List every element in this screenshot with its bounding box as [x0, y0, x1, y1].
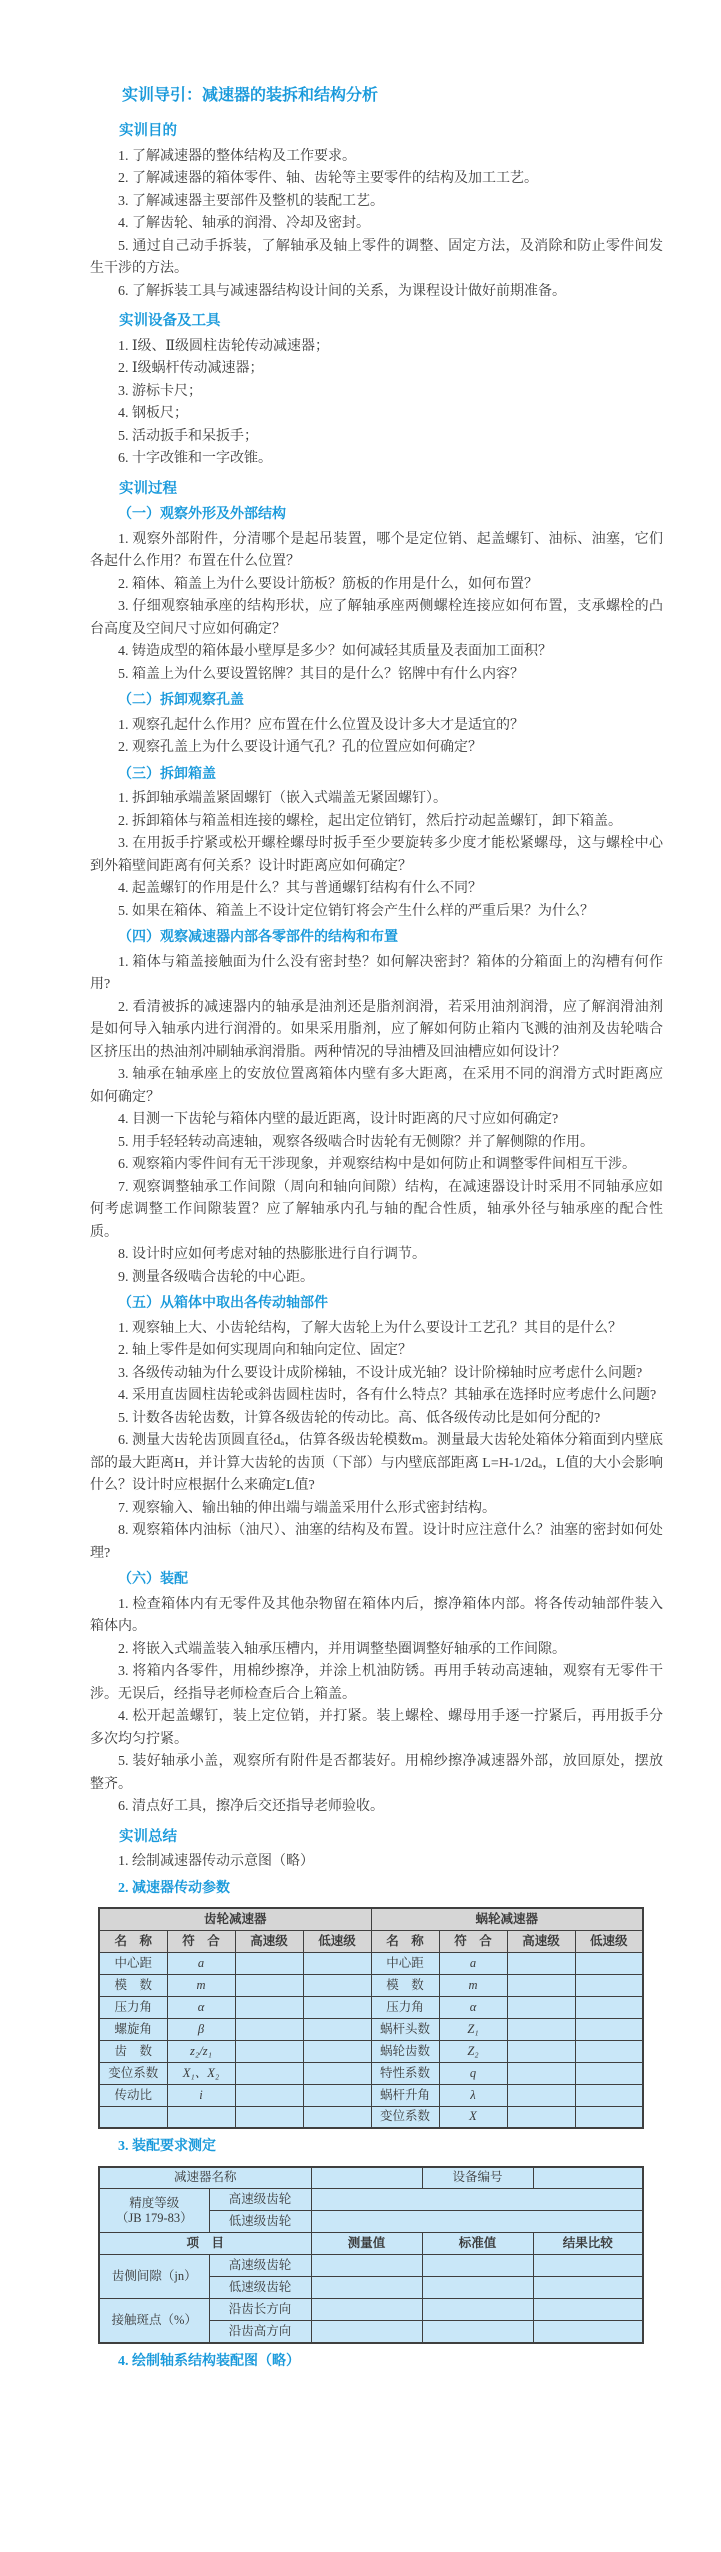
table-cell-empty	[575, 2062, 643, 2084]
paragraph: 6. 清点好工具，擦净后交还指导老师验收。	[90, 1796, 663, 1819]
table-cell: 蜗轮减速器	[371, 1908, 643, 1930]
table-cell: 减速器名称	[99, 2167, 311, 2189]
table-cell: 传动比	[99, 2084, 167, 2106]
paragraph: 2. 了解减速器的箱体零件、轴、齿轮等主要零件的结构及加工工艺。	[90, 168, 663, 191]
paragraph: 6. 测量大齿轮齿顶圆直径dₐ，估算各级齿轮模数m。测量最大齿轮处箱体分箱面到内…	[90, 1430, 663, 1498]
table-cell-empty	[575, 2084, 643, 2106]
table-cell: 项 目	[99, 2233, 311, 2255]
table-cell-empty	[303, 2018, 371, 2040]
table-cell-empty	[311, 2299, 422, 2321]
table-cell: i	[167, 2084, 235, 2106]
paragraph: 5. 通过自己动手拆装，了解轴承及轴上零件的调整、固定方法，及消除和防止零件间发…	[90, 236, 663, 281]
table-cell-empty	[507, 2018, 575, 2040]
table-cell-empty	[311, 2189, 643, 2211]
table-cell: 中心距	[99, 1952, 167, 1974]
paragraph: 1. 观察轴上大、小齿轮结构，了解大齿轮上为什么要设计工艺孔？其目的是什么？	[90, 1318, 663, 1341]
paragraph: 3. 将箱内各零件，用棉纱擦净，并涂上机油防锈。再用手转动高速轴，观察有无零件干…	[90, 1661, 663, 1706]
table-cell: 低速级齿轮	[209, 2211, 311, 2233]
paragraph: 3. 了解减速器主要部件及整机的装配工艺。	[90, 191, 663, 214]
paragraph: 2. 观察孔盖上为什么要设计通气孔？孔的位置应如何确定？	[90, 737, 663, 760]
paragraph: 3. 游标卡尺；	[90, 381, 663, 404]
table-cell: 高速级	[235, 1930, 303, 1952]
table-cell: α	[167, 1996, 235, 2018]
table-row: 变位系数X₁、X₂特性系数q	[99, 2062, 643, 2084]
process-subheading: （五）从箱体中取出各传动轴部件	[90, 1293, 663, 1316]
table-row: 压力角α压力角α	[99, 1996, 643, 2018]
table-cell: m	[439, 1974, 507, 1996]
table-cell: 名 称	[99, 1930, 167, 1952]
process-subheading: （二）拆卸观察孔盖	[90, 690, 663, 713]
paragraph: 1. 绘制减速器传动示意图（略）	[90, 1851, 663, 1874]
table-cell-empty	[235, 2084, 303, 2106]
table-cell-empty	[311, 2277, 422, 2299]
table-row: 螺旋角β蜗杆头数Z₁	[99, 2018, 643, 2040]
table-row: 减速器名称设备编号	[99, 2167, 643, 2189]
table-cell-empty	[422, 2255, 533, 2277]
document-content: 实训目的1. 了解减速器的整体结构及工作要求。2. 了解减速器的箱体零件、轴、齿…	[90, 120, 663, 2373]
paragraph: 4. 起盖螺钉的作用是什么？其与普通螺钉结构有什么不同？	[90, 878, 663, 901]
paragraph: 2. 拆卸箱体与箱盖相连接的螺栓，起出定位销钉，然后拧动起盖螺钉，卸下箱盖。	[90, 811, 663, 834]
paragraph: 3. 各级传动轴为什么要设计成阶梯轴，不设计成光轴？设计阶梯轴时应考虑什么问题?	[90, 1363, 663, 1386]
table-cell-empty	[422, 2277, 533, 2299]
table-cell: 接触斑点（%）	[99, 2299, 209, 2343]
paragraph: 7. 观察输入、输出轴的伸出端与端盖采用什么形式密封结构。	[90, 1498, 663, 1521]
table-row: 传动比i蜗杆升角λ	[99, 2084, 643, 2106]
table-cell: β	[167, 2018, 235, 2040]
paragraph: 4. 采用直齿圆柱齿轮或斜齿圆柱齿时，各有什么特点？其轴承在选择时应考虑什么问题…	[90, 1385, 663, 1408]
table-cell: 低速级	[575, 1930, 643, 1952]
transmission-params-table: 齿轮减速器蜗轮减速器名 称符 合高速级低速级名 称符 合高速级低速级中心距a中心…	[98, 1907, 644, 2129]
table-cell: a	[167, 1952, 235, 1974]
table-cell-empty	[303, 2062, 371, 2084]
process-subheading: （四）观察减速器内部各零部件的结构和布置	[90, 927, 663, 950]
paragraph: 2. 箱体、箱盖上为什么要设计筋板？筋板的作用是什么，如何布置？	[90, 574, 663, 597]
table-cell-empty	[235, 1996, 303, 2018]
paragraph: 2. 看清被拆的减速器内的轴承是油剂还是脂剂润滑，若采用油剂润滑，应了解润滑油剂…	[90, 997, 663, 1065]
paragraph: 1. 拆卸轴承端盖紧固螺钉（嵌入式端盖无紧固螺钉）。	[90, 788, 663, 811]
table-cell-empty	[235, 2062, 303, 2084]
table-cell: 符 合	[167, 1930, 235, 1952]
section-heading: 实训过程	[90, 478, 663, 501]
table-cell-empty	[533, 2321, 643, 2343]
table-cell: 高速级齿轮	[209, 2255, 311, 2277]
table-cell: 结果比较	[533, 2233, 643, 2255]
table-cell-empty	[311, 2255, 422, 2277]
paragraph: 4. 钢板尺；	[90, 403, 663, 426]
table-cell-empty	[422, 2299, 533, 2321]
table-cell: Z₂	[439, 2040, 507, 2062]
table-cell: 齿侧间隙（jn）	[99, 2255, 209, 2299]
table-cell-empty	[507, 2062, 575, 2084]
table-row: 精度等级 （JB 179-83）高速级齿轮	[99, 2189, 643, 2211]
table-cell: 齿 数	[99, 2040, 167, 2062]
table-cell-empty	[575, 1974, 643, 1996]
process-subheading: （一）观察外形及外部结构	[90, 504, 663, 527]
table-cell-empty	[311, 2167, 422, 2189]
table-row: 模 数m模 数m	[99, 1974, 643, 1996]
paragraph: 4. 松开起盖螺钉，装上定位销，并打紧。装上螺栓、螺母用手逐一拧紧后，再用扳手分…	[90, 1706, 663, 1751]
table-cell-empty	[575, 2040, 643, 2062]
table-cell-empty	[235, 1974, 303, 1996]
table-cell: 高速级齿轮	[209, 2189, 311, 2211]
table-cell-empty	[575, 1952, 643, 1974]
table-cell: 标准值	[422, 2233, 533, 2255]
paragraph: 2. 轴上零件是如何实现周向和轴向定位、固定？	[90, 1340, 663, 1363]
paragraph: 8. 观察箱体内油标（油尺）、油塞的结构及布置。设计时应注意什么？油塞的密封如何…	[90, 1520, 663, 1565]
table-cell: λ	[439, 2084, 507, 2106]
table-cell: 齿轮减速器	[99, 1908, 371, 1930]
table-cell: 测量值	[311, 2233, 422, 2255]
paragraph: 6. 十字改锥和一字改锥。	[90, 448, 663, 471]
table-cell: 蜗杆升角	[371, 2084, 439, 2106]
paragraph: 4. 了解齿轮、轴承的润滑、冷却及密封。	[90, 213, 663, 236]
table-cell: 低速级齿轮	[209, 2277, 311, 2299]
table-row: 齿 数z₂/z₁蜗轮齿数Z₂	[99, 2040, 643, 2062]
table-cell-empty	[507, 2106, 575, 2128]
paragraph: 1. 了解减速器的整体结构及工作要求。	[90, 146, 663, 169]
table-cell: 压力角	[99, 1996, 167, 2018]
table-cell-empty	[507, 1996, 575, 2018]
section-heading: 实训目的	[90, 120, 663, 143]
process-subheading: （三）拆卸箱盖	[90, 764, 663, 787]
paragraph: 1. 观察外部附件，分清哪个是起吊装置，哪个是定位销、起盖螺钉、油标、油塞，它们…	[90, 529, 663, 574]
table-cell: 名 称	[371, 1930, 439, 1952]
paragraph: 5. 活动扳手和呆扳手；	[90, 426, 663, 449]
paragraph: 5. 如果在箱体、箱盖上不设计定位销钉将会产生什么样的严重后果？为什么？	[90, 901, 663, 924]
table-cell-empty	[575, 2018, 643, 2040]
numbered-subheading: 4. 绘制轴系结构装配图（略）	[90, 2351, 663, 2374]
table-cell-empty	[533, 2167, 643, 2189]
table-cell: 变位系数	[371, 2106, 439, 2128]
table-cell: a	[439, 1952, 507, 1974]
table-cell: 符 合	[439, 1930, 507, 1952]
table-cell-empty	[507, 2084, 575, 2106]
table-cell-empty	[303, 1974, 371, 1996]
table-cell: 精度等级 （JB 179-83）	[99, 2189, 209, 2233]
table-cell: 螺旋角	[99, 2018, 167, 2040]
table-cell-empty	[533, 2255, 643, 2277]
table-cell: q	[439, 2062, 507, 2084]
table-cell-empty	[507, 2040, 575, 2062]
table-cell: 中心距	[371, 1952, 439, 1974]
paragraph: 2. 将嵌入式端盖装入轴承压槽内，并用调整垫圈调整好轴承的工作间隙。	[90, 1639, 663, 1662]
table-cell-empty	[235, 2018, 303, 2040]
table-cell: X	[439, 2106, 507, 2128]
paragraph: 5. 用手轻轻转动高速轴，观察各级啮合时齿轮有无侧隙？并了解侧隙的作用。	[90, 1132, 663, 1155]
table-cell-empty	[533, 2277, 643, 2299]
page-title: 实训导引：减速器的装拆和结构分析	[90, 84, 663, 108]
paragraph: 7. 观察调整轴承工作间隙（周向和轴向间隙）结构，在减速器设计时采用不同轴承应如…	[90, 1177, 663, 1245]
paragraph: 1. 观察孔起什么作用？应布置在什么位置及设计多大才是适宜的？	[90, 715, 663, 738]
table-row: 名 称符 合高速级低速级名 称符 合高速级低速级	[99, 1930, 643, 1952]
table-cell-empty	[167, 2106, 235, 2128]
table-cell-empty	[303, 1996, 371, 2018]
table-cell-empty	[303, 1952, 371, 1974]
table-cell-empty	[575, 1996, 643, 2018]
table-cell: 沿齿长方向	[209, 2299, 311, 2321]
table-cell-empty	[235, 2106, 303, 2128]
table-cell-empty	[422, 2321, 533, 2343]
table-cell: 高速级	[507, 1930, 575, 1952]
table-cell-empty	[303, 2040, 371, 2062]
table-row: 齿侧间隙（jn）高速级齿轮	[99, 2255, 643, 2277]
table-cell: m	[167, 1974, 235, 1996]
table-cell: α	[439, 1996, 507, 2018]
section-heading: 实训总结	[90, 1826, 663, 1849]
table-row: 齿轮减速器蜗轮减速器	[99, 1908, 643, 1930]
table-cell-empty	[99, 2106, 167, 2128]
paragraph: 3. 轴承在轴承座上的安放位置离箱体内壁有多大距离，在采用不同的润滑方式时距离应…	[90, 1064, 663, 1109]
paragraph: 2. Ⅰ级蜗杆传动减速器；	[90, 358, 663, 381]
table-row: 项 目测量值标准值结果比较	[99, 2233, 643, 2255]
paragraph: 1. 箱体与箱盖接触面为什么没有密封垫？如何解决密封？箱体的分箱面上的沟槽有何作…	[90, 952, 663, 997]
paragraph: 5. 装好轴承小盖，观察所有附件是否都装好。用棉纱擦净减速器外部，放回原处，摆放…	[90, 1751, 663, 1796]
table-cell-empty	[235, 2040, 303, 2062]
paragraph: 3. 在用扳手拧紧或松开螺栓螺母时扳手至少要旋转多少度才能松紧螺母，这与螺栓中心…	[90, 833, 663, 878]
numbered-subheading: 3. 装配要求测定	[90, 2136, 663, 2159]
paragraph: 5. 箱盖上为什么要设置铭牌？其目的是什么？铭牌中有什么内容？	[90, 664, 663, 687]
table-cell: X₁、X₂	[167, 2062, 235, 2084]
table-cell-empty	[303, 2106, 371, 2128]
document-page: 实训导引：减速器的装拆和结构分析 实训目的1. 了解减速器的整体结构及工作要求。…	[0, 0, 721, 2373]
paragraph: 3. 仔细观察轴承座的结构形状，应了解轴承座两侧螺栓连接应如何布置，支承螺栓的凸…	[90, 596, 663, 641]
table-cell: z₂/z₁	[167, 2040, 235, 2062]
table-cell: 特性系数	[371, 2062, 439, 2084]
table-cell: 蜗轮齿数	[371, 2040, 439, 2062]
table-row: 中心距a中心距a	[99, 1952, 643, 1974]
paragraph: 6. 了解拆装工具与减速器结构设计间的关系，为课程设计做好前期准备。	[90, 281, 663, 304]
table-cell: 蜗杆头数	[371, 2018, 439, 2040]
numbered-subheading: 2. 减速器传动参数	[90, 1878, 663, 1901]
table-row: 变位系数X	[99, 2106, 643, 2128]
table-cell: 模 数	[99, 1974, 167, 1996]
table-cell: 压力角	[371, 1996, 439, 2018]
table-cell-empty	[235, 1952, 303, 1974]
paragraph: 9. 测量各级啮合齿轮的中心距。	[90, 1267, 663, 1290]
table-cell: 低速级	[303, 1930, 371, 1952]
table-cell-empty	[303, 2084, 371, 2106]
table-cell-empty	[575, 2106, 643, 2128]
table-row: 接触斑点（%）沿齿长方向	[99, 2299, 643, 2321]
table-cell-empty	[311, 2321, 422, 2343]
paragraph: 4. 铸造成型的箱体最小壁厚是多少？如何减轻其质量及表面加工面积？	[90, 641, 663, 664]
paragraph: 1. Ⅰ级、Ⅱ级圆柱齿轮传动减速器；	[90, 336, 663, 359]
table-cell-empty	[533, 2299, 643, 2321]
table-cell: 沿齿高方向	[209, 2321, 311, 2343]
table-cell: 模 数	[371, 1974, 439, 1996]
table-cell: 变位系数	[99, 2062, 167, 2084]
paragraph: 4. 目测一下齿轮与箱体内壁的最近距离，设计时距离的尺寸应如何确定?	[90, 1109, 663, 1132]
table-cell-empty	[507, 1974, 575, 1996]
section-heading: 实训设备及工具	[90, 310, 663, 333]
table-cell-empty	[311, 2211, 643, 2233]
assembly-measure-table: 减速器名称设备编号精度等级 （JB 179-83）高速级齿轮低速级齿轮项 目测量…	[98, 2166, 644, 2344]
process-subheading: （六）装配	[90, 1569, 663, 1592]
paragraph: 8. 设计时应如何考虑对轴的热膨胀进行自行调节。	[90, 1244, 663, 1267]
paragraph: 6. 观察箱内零件间有无干涉现象，并观察结构中是如何防止和调整零件间相互干涉。	[90, 1154, 663, 1177]
paragraph: 5. 计数各齿轮齿数，计算各级齿轮的传动比。高、低各级传动比是如何分配的?	[90, 1408, 663, 1431]
table-cell: 设备编号	[422, 2167, 533, 2189]
table-cell-empty	[507, 1952, 575, 1974]
table-cell: Z₁	[439, 2018, 507, 2040]
paragraph: 1. 检查箱体内有无零件及其他杂物留在箱体内后，擦净箱体内部。将各传动轴部件装入…	[90, 1594, 663, 1639]
